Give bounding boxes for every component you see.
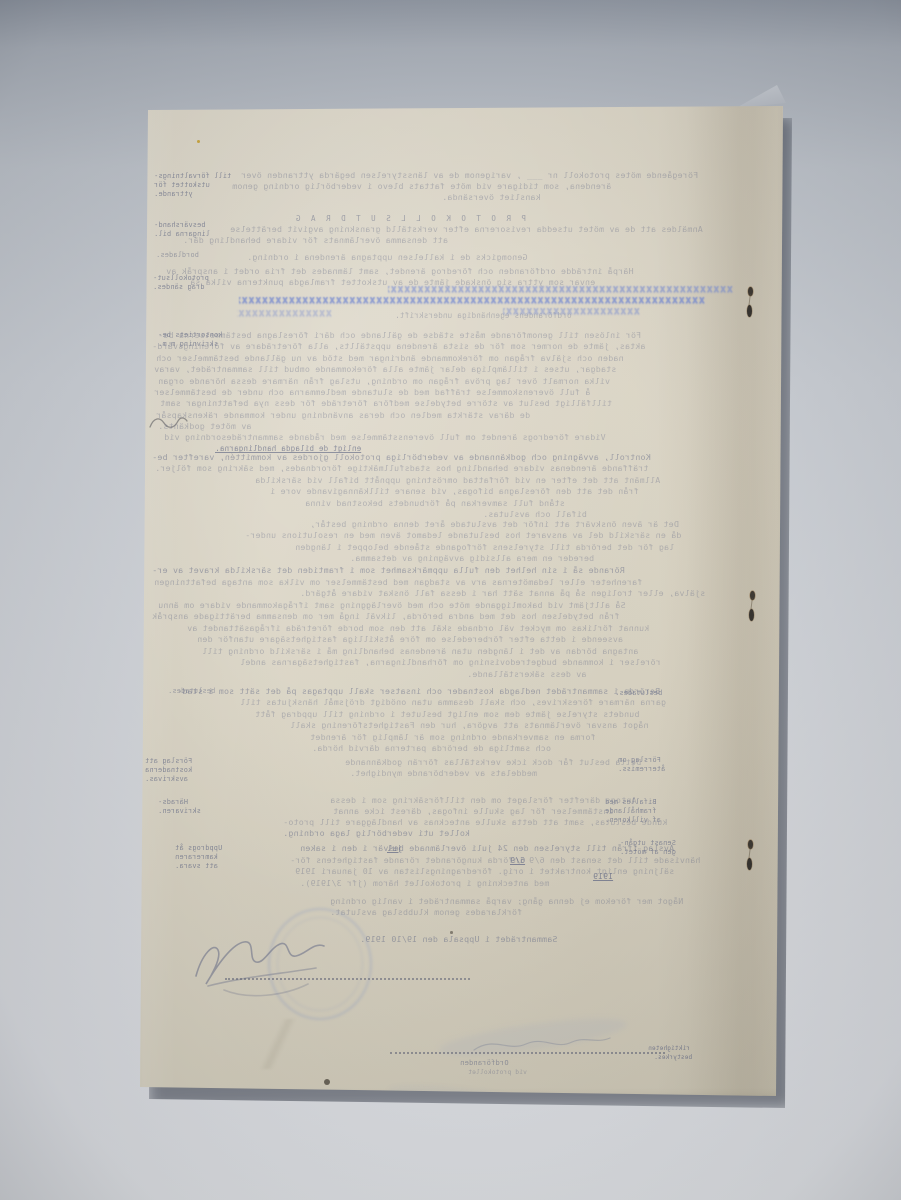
margin-note-line: framhållande	[605, 807, 657, 816]
bleedthrough-line: Avslag ifrån till styrelsen den 24 juli …	[300, 843, 674, 855]
bleedthrough-line: från betydelsen hos det med andra berörd…	[152, 611, 620, 623]
margin-note: protokollsut-drag sändes.	[153, 274, 209, 292]
margin-note-line: protokollsut-	[153, 274, 209, 283]
bleedthrough-line: instämmelser för lag skulle infogas, där…	[333, 806, 614, 817]
margin-note-line: Senast utgån-	[620, 839, 676, 848]
bleedthrough-line: stadgar, utses i tillämpliga delar jämte…	[154, 364, 616, 375]
bleedthrough-line: träffande ärendenas vidare behandling ho…	[155, 463, 649, 474]
bleedthrough-fragment: jul	[387, 844, 402, 853]
staple-blob-bot	[747, 305, 752, 317]
strikeout-row: xxxxxxxxxxxxxxxxxxxxxxx	[503, 305, 640, 317]
bleedthrough-line: av dess säkerställande.	[467, 669, 587, 681]
paper-speck	[324, 1079, 330, 1085]
margin-note-line: beslutades.	[615, 689, 662, 698]
bleedthrough-line: Allmänt att det efter en vid författad o…	[255, 475, 660, 486]
bleedthrough-fragment: Ordföranden	[460, 1059, 509, 1067]
date-line: Sammanträdet i Uppsala den 19/10 1919.	[152, 934, 752, 945]
bleedthrough-fragment: 6/9	[510, 856, 525, 865]
margin-note: besvärshand-lingarna bil.	[154, 221, 210, 239]
bleedthrough-line: förklarades genom klubbslag avslutat.	[330, 907, 522, 918]
bleedthrough-line: Detta beslut får dock icke verkställas f…	[345, 757, 641, 768]
bleedthrough-line: å full överenskommelse träffad med de sl…	[154, 387, 590, 398]
para-1: Föregående mötes protokoll nr ___ , vari…	[152, 170, 752, 204]
bleedthrough-line: vilka normalt över lag pröva frågan om o…	[158, 376, 610, 387]
bleedthrough-line: rörelser i kommande budgetredovisning om…	[240, 657, 661, 669]
margin-note-line: bordlades.	[156, 251, 199, 260]
bleedthrough-line: med anteckning i protokollet härom (jfr …	[300, 878, 549, 890]
bleedthrough-line: Antogs därefter förslaget om den tillför…	[330, 795, 637, 806]
margin-note-line: avskrivas.	[145, 775, 188, 784]
bleedthrough-line: och samtliga de berörda parterna därvid …	[312, 743, 551, 754]
para-8: Det är även önskvärt att inför det avslu…	[152, 519, 752, 565]
bleedthrough-line: forma en samverkande ordning som är lämp…	[310, 732, 596, 743]
margin-note-line: skrivning m.m.	[158, 340, 218, 349]
para-14: Något mer förekom ej denna gång; varpå s…	[152, 896, 752, 919]
bleedthrough-line: från det att den föreslagna bifogas, vid…	[270, 486, 639, 497]
bleedthrough-line: av mötet godkänts.	[158, 421, 252, 432]
bleedthrough-line: Föregående mötes protokoll nr ___ , vari…	[241, 170, 698, 181]
bleedthrough-line: bundets styrelse jämte dem som enligt be…	[255, 709, 639, 720]
margin-note: Förslag omåterremiss.	[618, 756, 665, 774]
bleedthrough-line: Rörande så i sin helhet den fulla uppmär…	[152, 565, 625, 577]
bleedthrough-fragment-text: jul	[387, 844, 402, 853]
bleedthrough-fragment: bestyrkes.	[654, 1054, 692, 1061]
photo-background: Föregående mötes protokoll nr ___ , vari…	[0, 0, 901, 1200]
bleedthrough-fragment-text: vid protokollet	[468, 1069, 527, 1076]
para-7: Kontroll, avvägning och godkännande av v…	[152, 452, 752, 520]
margin-note-line: besvärshand-	[154, 221, 206, 230]
strikeout-row: xxxxxxxxxxxxxxxx	[237, 307, 332, 319]
staple-blob-bot	[749, 609, 754, 621]
margin-note: Senast utgån-gen af mötet.	[620, 839, 676, 857]
staple	[748, 591, 760, 627]
margin-note: konsortiets be-skrivning m.m.	[158, 331, 222, 349]
margin-note-line: gen af mötet.	[620, 848, 676, 857]
bleedthrough-line: aktas, jämte de normer som för de sista …	[152, 341, 646, 352]
dotted-signature-line	[390, 1050, 665, 1054]
bleedthrough-line: något ansvar överlämnats att avgöra, hur…	[290, 720, 648, 731]
margin-note-line: kostnaderna	[145, 766, 192, 775]
bleedthrough-line: kollet uti vederbörlig laga ordning.	[283, 828, 470, 839]
margin-note-line: drag sändes.	[153, 283, 205, 292]
paper: Föregående mötes protokoll nr ___ , vari…	[138, 104, 786, 1098]
margin-note-line: att svara.	[175, 862, 218, 871]
margin-note-line: yttrande.	[154, 190, 193, 199]
bleedthrough-line: Kontroll, avvägning och godkännande av v…	[152, 452, 651, 463]
bleedthrough-line: Vidare föredrogs ärendet om full överens…	[164, 432, 606, 443]
margin-note-line: af villkoren.	[605, 816, 661, 825]
bleedthrough-line: säljning enligt kontraktet i orig. föred…	[295, 866, 674, 878]
bleedthrough-line: Det är även önskvärt att inför det avslu…	[310, 519, 679, 530]
margin-note-line: lingarna bil.	[154, 230, 210, 239]
margin-note: bordlades.	[156, 251, 199, 260]
staple	[746, 287, 758, 323]
corner-fold	[736, 85, 786, 108]
bleedthrough-line: farenheter eller ledamöternas arv av sta…	[154, 577, 642, 589]
margin-note-line: Förslag om	[618, 756, 661, 765]
bleedthrough-line: Så alltjämt vid bakomliggande möte och m…	[158, 600, 626, 612]
bleedthrough-line: antagna bördan av det i längden utan äre…	[202, 646, 638, 658]
margin-note: Bifalles medframhållandeaf villkoren.	[605, 798, 661, 825]
bleedthrough-line: då en särskild del av ansvaret hos beslu…	[245, 530, 681, 541]
margin-note: beslutades.	[615, 689, 662, 698]
bleedthrough-line: själva, eller troligen så på annat sätt …	[300, 588, 705, 600]
margin-note: beslutades.	[168, 687, 215, 696]
margin-note-line: beslutades.	[168, 687, 215, 696]
staple-blob-bot	[747, 858, 752, 870]
dotted-signature-line	[225, 976, 470, 980]
margin-note-line: till förvaltnings-	[154, 172, 231, 181]
bleedthrough-fragment: vid protokollet	[468, 1069, 527, 1076]
para-9: Rörande så i sin helhet den fulla uppmär…	[152, 565, 752, 680]
bleedthrough-line: Sammanträdet i Uppsala den 19/10 1919.	[360, 934, 557, 945]
bleedthrough-fragment-text: 6/9	[510, 856, 525, 865]
paper-speck	[197, 140, 200, 143]
bleedthrough-line: bereder en mera allsidig avvägning av de…	[350, 553, 594, 564]
bleedthrough-line: Berörda i sammanträdet nedlagda kostnade…	[177, 686, 660, 697]
margin-note: Härads-skrivaren.	[158, 798, 201, 816]
bleedthrough-line: avseende i detta efter förberedelse om f…	[197, 634, 623, 646]
bleedthrough-line: För inlösen till genomförande måste städ…	[158, 330, 641, 341]
bleedthrough-line: Något mer förekom ej denna gång; varpå s…	[330, 896, 683, 907]
margin-note-line: konsortiets be-	[158, 331, 222, 340]
bleedthrough-fragment: 1919	[593, 872, 613, 881]
bleedthrough-fragment-text: bestyrkes.	[654, 1054, 692, 1061]
bleedthrough-line: Genomgicks de i kallelsen upptagna ärend…	[247, 252, 528, 263]
bleedthrough-line: Anmäldes att de av mötet utsedda revisor…	[230, 224, 703, 235]
bleedthrough-line: naden och själva frågan om förekommande …	[156, 353, 624, 364]
bleedthrough-line: garna närmare föreskrives, och skall des…	[240, 697, 666, 708]
bleedthrough-line: de därav stärkta medlen och deras använd…	[156, 410, 530, 421]
bleedthrough-line: P R O T O K O L L S U T D R A G	[293, 213, 526, 224]
margin-note-line: Bifalles med	[605, 798, 657, 807]
para-12: Antogs därefter förslaget om den tillför…	[152, 795, 752, 839]
margin-note-line: återremiss.	[618, 765, 665, 774]
margin-note: till förvaltnings-utskottet föryttrande.	[154, 172, 231, 199]
bleedthrough-line: kunnat förlikas om mycket väl ordnade sk…	[187, 623, 649, 635]
bleedthrough-line: att densamma överlämnats för vidare beha…	[183, 235, 448, 246]
para-2: Anmäldes att de av mötet utsedda revisor…	[152, 224, 752, 246]
bleedthrough-line: tillfälligt beslut av större betydelse m…	[160, 398, 612, 409]
margin-note: Förslag attkostnadernaavskrivas.	[145, 757, 192, 784]
bleedthrough-line: kansliet översända.	[442, 192, 541, 203]
heading-line: P R O T O K O L L S U T D R A G	[152, 213, 752, 224]
staple	[746, 840, 758, 876]
margin-note-line: skrivaren.	[158, 807, 201, 816]
margin-note: Uppdrogs åtkamrerarenatt svara.	[175, 844, 222, 871]
para-5: För inlösen till genomförande måste städ…	[152, 330, 752, 433]
bleedthrough-line: lag för det berörda till styrelsens förf…	[295, 542, 674, 553]
margin-note-line: utskottet för	[154, 181, 210, 190]
margin-note-line: kamreraren	[175, 853, 218, 862]
margin-note-line: Uppdrogs åt	[175, 844, 222, 853]
bleedthrough-fragment-text: Ordföranden	[460, 1059, 509, 1067]
para-3: Genomgicks de i kallelsen upptagna ärend…	[152, 252, 752, 263]
paper-crease	[198, 1019, 358, 1069]
bleedthrough-line: meddelats av vederbörande myndighet.	[350, 768, 537, 779]
bleedthrough-fragment-text: 1919	[593, 872, 613, 881]
margin-note-line: Förslag att	[145, 757, 192, 766]
margin-note-line: Härads-	[158, 798, 188, 807]
bleedthrough-line: stånd full samverkan på förbundets bekos…	[305, 498, 565, 509]
bleedthrough-line: ärendena, som tidigare vid möte fattats …	[232, 181, 611, 192]
bleedthrough-line: Härpå inträdde ordföranden och föredrog …	[166, 266, 634, 277]
